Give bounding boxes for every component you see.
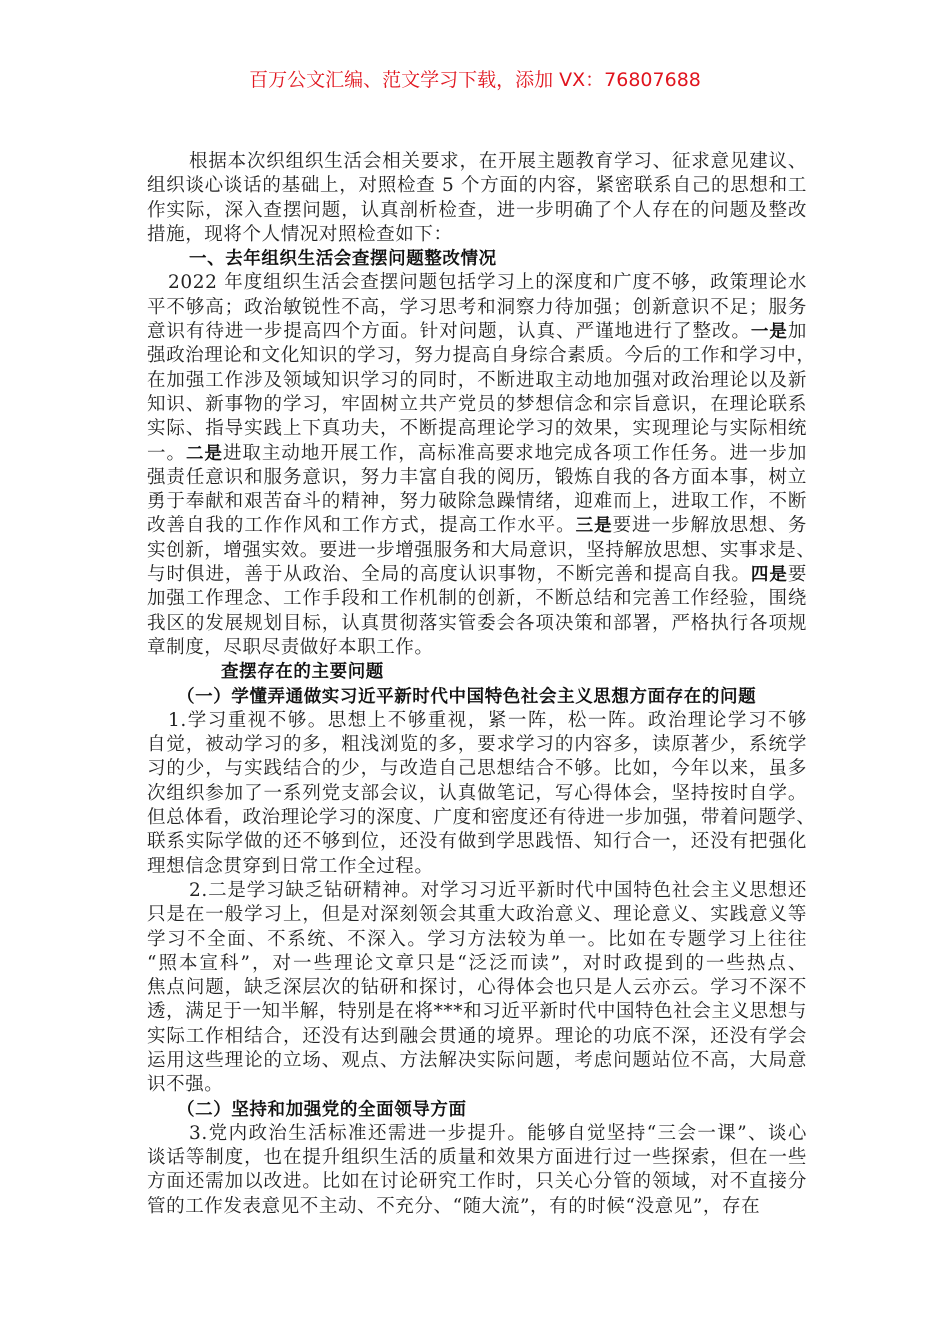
text-line: 实际、指导实践上下真功夫，不断提高理论学习的效果，实现理论与实际相统 <box>147 417 807 441</box>
paragraph-3: 3.党内政治生活标准还需进一步提升。能够自觉坚持“三会一课”、谈心谈话等制度，也… <box>147 1122 807 1219</box>
text-line: 与时俱进，善于从政治、全局的高度认识事物，不断完善和提高自我。四是要 <box>147 563 807 587</box>
text-line: 1.学习重视不够。思想上不够重视，紧一阵，松一阵。政治理论学习不够 <box>147 709 807 733</box>
text-line: 次组织参加了一系列党支部会议，认真做笔记，写心得体会，坚持按时自学。 <box>147 782 807 806</box>
text-line: 组织谈心谈话的基础上，对照检查 5 个方面的内容，紧密联系自己的思想和工 <box>147 174 807 198</box>
paragraph-2: 2.二是学习缺乏钻研精神。对学习习近平新时代中国特色社会主义思想还只是在一般学习… <box>147 879 807 1098</box>
text-line: 联系实际学做的还不够到位，还没有做到学思践悟、知行合一，还没有把强化 <box>147 830 807 854</box>
text-line: 作实际，深入查摆问题，认真剖析检查，进一步明确了个人存在的问题及整改 <box>147 199 807 223</box>
text-line: 但总体看，政治理论学习的深度、广度和密度还有待进一步加强，带着问题学、 <box>147 806 807 830</box>
section2-heading: 查摆存在的主要问题 <box>147 660 807 684</box>
watermark-header: 百万公文汇编、范文学习下载，添加 VX：76807688 <box>0 66 950 94</box>
section1-paragraph: 2022 年度组织生活会查摆问题包括学习上的深度和广度不够，政策理论水平不够高；… <box>147 271 807 660</box>
text-line: 透，满足于一知半解，特别是在将***和习近平新时代中国特色社会主义思想与 <box>147 1000 807 1024</box>
emphasis: 一是 <box>751 322 788 342</box>
text-line: 识不强。 <box>147 1073 807 1097</box>
text-line: 习的少，与实践结合的少，与改造自己思想结合不够。比如，今年以来，虽多 <box>147 757 807 781</box>
text-line: 章制度，尽职尽责做好本职工作。 <box>147 636 807 660</box>
text-line: 方面还需加以改进。比如在讨论研究工作时，只关心分管的领域，对不直接分 <box>147 1170 807 1194</box>
text-line: 强责任意识和服务意识，努力丰富自我的阅历，锻炼自我的各方面本事，树立 <box>147 466 807 490</box>
text-line: “照本宣科”，对一些理论文章只是“泛泛而读”，对时政提到的一些热点、 <box>147 952 807 976</box>
subsection2-heading: （二）坚持和加强党的全面领导方面 <box>147 1098 807 1122</box>
text-line: 3.党内政治生活标准还需进一步提升。能够自觉坚持“三会一课”、谈心 <box>147 1122 807 1146</box>
emphasis: 二是 <box>186 444 223 464</box>
text-line: 谈话等制度，也在提升组织生活的质量和效果方面进行过一些探索，但在一些 <box>147 1146 807 1170</box>
subsection1-heading: （一）学懂弄通做实习近平新时代中国特色社会主义思想方面存在的问题 <box>147 685 807 709</box>
emphasis: 四是 <box>751 565 788 585</box>
text-line: 措施，现将个人情况对照检查如下： <box>147 223 807 247</box>
text-line: 运用这些理论的立场、观点、方法解决实际问题，考虑问题站位不高，大局意 <box>147 1049 807 1073</box>
text-line: 实际工作相结合，还没有达到融会贯通的境界。理论的功底不深，还没有学会 <box>147 1025 807 1049</box>
text-line: 根据本次织组织生活会相关要求，在开展主题教育学习、征求意见建议、 <box>147 150 807 174</box>
text-line: 勇于奉献和艰苦奋斗的精神，努力破除急躁情绪，迎难而上，进取工作，不断 <box>147 490 807 514</box>
text-line: 焦点问题，缺乏深层次的钻研和探讨，心得体会也只是人云亦云。学习不深不 <box>147 976 807 1000</box>
text-line: 强政治理论和文化知识的学习，努力提高自身综合素质。今后的工作和学习中， <box>147 344 807 368</box>
document-body: 根据本次织组织生活会相关要求，在开展主题教育学习、征求意见建议、 组织谈心谈话的… <box>147 150 807 1219</box>
text-line: 我区的发展规划目标，认真贯彻落实管委会各项决策和部署，严格执行各项规 <box>147 612 807 636</box>
text-line: 意识有待进一步提高四个方面。针对问题，认真、严谨地进行了整改。一是加 <box>147 320 807 344</box>
text-line: 改善自我的工作作风和工作方式，提高工作水平。三是要进一步解放思想、务 <box>147 514 807 538</box>
text-line: 在加强工作涉及领域知识学习的同时，不断进取主动地加强对政治理论以及新 <box>147 369 807 393</box>
text-line: 管的工作发表意见不主动、不充分、“随大流”，有的时候“没意见”，存在 <box>147 1195 807 1219</box>
text-line: 平不够高；政治敏锐性不高，学习思考和洞察力待加强；创新意识不足；服务 <box>147 296 807 320</box>
emphasis: 三是 <box>576 516 613 536</box>
paragraph-1: 1.学习重视不够。思想上不够重视，紧一阵，松一阵。政治理论学习不够自觉，被动学习… <box>147 709 807 879</box>
text-line: 实创新，增强实效。要进一步增强服务和大局意识，坚持解放思想、实事求是、 <box>147 539 807 563</box>
section1-heading: 一、去年组织生活会查摆问题整改情况 <box>147 247 807 271</box>
text-line: 学习不全面、不系统、不深入。学习方法较为单一。比如在专题学习上往往 <box>147 928 807 952</box>
text-line: 一。二是进取主动地开展工作，高标准高要求地完成各项工作任务。进一步加 <box>147 442 807 466</box>
text-line: 2022 年度组织生活会查摆问题包括学习上的深度和广度不够，政策理论水 <box>147 271 807 295</box>
text-line: 只是在一般学习上，但是对深刻领会其重大政治意义、理论意义、实践意义等 <box>147 903 807 927</box>
text-line: 知识、新事物的学习，牢固树立共产党员的梦想信念和宗旨意识，在理论联系 <box>147 393 807 417</box>
text-line: 加强工作理念、工作手段和工作机制的创新，不断总结和完善工作经验，围绕 <box>147 587 807 611</box>
text-line: 2.二是学习缺乏钻研精神。对学习习近平新时代中国特色社会主义思想还 <box>147 879 807 903</box>
intro-paragraph: 根据本次织组织生活会相关要求，在开展主题教育学习、征求意见建议、 组织谈心谈话的… <box>147 150 807 247</box>
text-line: 自觉，被动学习的多，粗浅浏览的多，要求学习的内容多，读原著少，系统学 <box>147 733 807 757</box>
text-line: 理想信念贯穿到日常工作全过程。 <box>147 855 807 879</box>
